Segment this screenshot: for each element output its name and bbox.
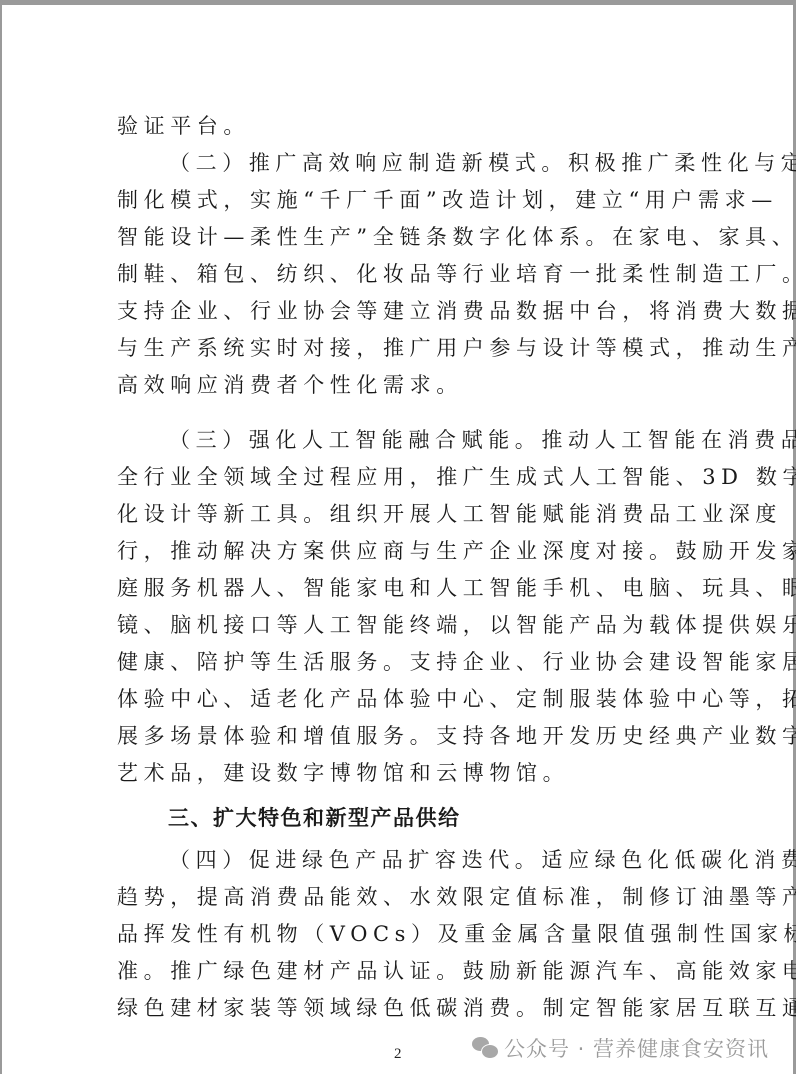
page-number: 2 bbox=[394, 1046, 402, 1063]
text-line: 支持企业、行业协会等建立消费品数据中台，将消费大数据 bbox=[117, 296, 796, 326]
document-page: 验证平台。（二）推广高效响应制造新模式。积极推广柔性化与定制化模式，实施“千厂千… bbox=[2, 5, 793, 1074]
text-line: 准。推广绿色建材产品认证。鼓励新能源汽车、高能效家电、 bbox=[117, 956, 796, 986]
section-heading: 三、扩大特色和新型产品供给 bbox=[168, 803, 461, 833]
wechat-icon bbox=[472, 1037, 498, 1059]
text-line: 庭服务机器人、智能家电和人工智能手机、电脑、玩具、眼 bbox=[117, 573, 796, 603]
text-line: 体验中心、适老化产品体验中心、定制服装体验中心等，拓 bbox=[117, 684, 796, 714]
text-line: 智能设计—柔性生产”全链条数字化体系。在家电、家具、 bbox=[117, 222, 796, 252]
text-line: 全行业全领域全过程应用，推广生成式人工智能、3D 数字 bbox=[117, 462, 796, 492]
watermark-text: 公众号 · 营养健康食安资讯 bbox=[504, 1033, 769, 1063]
text-line: 健康、陪护等生活服务。支持企业、行业协会建设智能家居 bbox=[117, 647, 796, 677]
text-line: 展多场景体验和增值服务。支持各地开发历史经典产业数字 bbox=[117, 721, 796, 751]
text-line: （四）促进绿色产品扩容迭代。适应绿色化低碳化消费 bbox=[169, 845, 796, 875]
text-line: 品挥发性有机物（VOCs）及重金属含量限值强制性国家标 bbox=[117, 919, 796, 949]
text-line: 验证平台。 bbox=[117, 111, 250, 141]
text-line: 高效响应消费者个性化需求。 bbox=[117, 370, 463, 400]
text-line: 制鞋、箱包、纺织、化妆品等行业培育一批柔性制造工厂。 bbox=[117, 259, 796, 289]
text-line: 趋势，提高消费品能效、水效限定值标准，制修订油墨等产 bbox=[117, 882, 796, 912]
text-line: （二）推广高效响应制造新模式。积极推广柔性化与定 bbox=[169, 148, 796, 178]
text-line: 制化模式，实施“千厂千面”改造计划，建立“用户需求— bbox=[117, 185, 778, 215]
text-line: 行，推动解决方案供应商与生产企业深度对接。鼓励开发家 bbox=[117, 536, 796, 566]
text-line: 镜、脑机接口等人工智能终端，以智能产品为载体提供娱乐、 bbox=[117, 610, 796, 640]
text-line: 艺术品，建设数字博物馆和云博物馆。 bbox=[117, 758, 569, 788]
text-line: （三）强化人工智能融合赋能。推动人工智能在消费品 bbox=[169, 425, 796, 455]
watermark: 公众号 · 营养健康食安资讯 bbox=[472, 1033, 769, 1063]
text-line: 绿色建材家装等领域绿色低碳消费。制定智能家居互联互通 bbox=[117, 993, 796, 1023]
text-line: 化设计等新工具。组织开展人工智能赋能消费品工业深度 bbox=[117, 499, 782, 529]
text-line: 与生产系统实时对接，推广用户参与设计等模式，推动生产 bbox=[117, 333, 796, 363]
